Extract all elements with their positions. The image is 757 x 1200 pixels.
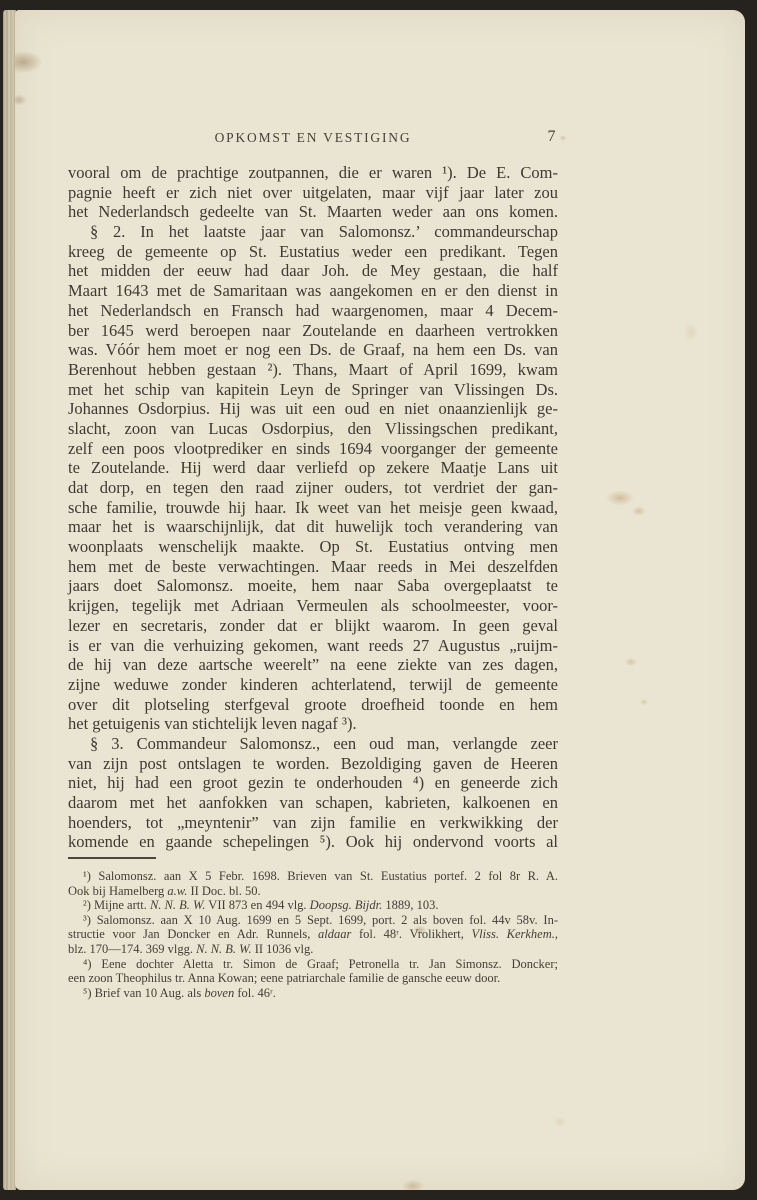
text-line: pagnie heeft er zich niet over uitgelate… bbox=[68, 183, 558, 203]
footnote-segment: II Doc. bl. 50. bbox=[187, 884, 260, 898]
text-line: lezer en secretaris, zonder dat er blijk… bbox=[68, 616, 558, 636]
text-line: komende en gaande schepelingen ⁵). Ook h… bbox=[68, 832, 558, 852]
footnote-segment: II 1036 vlg. bbox=[252, 942, 314, 956]
footnote-italic-segment: Doopsg. Bijdr. bbox=[310, 898, 383, 912]
text-line: het midden der eeuw had daar Joh. de Mey… bbox=[68, 261, 558, 281]
footnote-line: blz. 170—174. 369 vlgg. N. N. B. W. II 1… bbox=[68, 942, 558, 957]
footnote-segment: een zoon Theophilus tr. Anna Kowan; eene… bbox=[68, 971, 500, 985]
footnote-italic-segment: N. N. B. W. bbox=[196, 942, 251, 956]
text-line: Johannes Osdorpius. Hij was uit een oud … bbox=[68, 399, 558, 419]
running-title: OPKOMST EN VESTIGING bbox=[68, 130, 558, 146]
text-line: jaars doet Salomonsz. moeite, hem naar S… bbox=[68, 576, 558, 596]
footnote-segment: VII 873 en 494 vlg. bbox=[205, 898, 309, 912]
footnote-segment: ¹) Salomonsz. aan X 5 Febr. 1698. Brieve… bbox=[83, 869, 558, 883]
footnote-segment: ³) Salomonsz. aan X 10 Aug. 1699 en 5 Se… bbox=[83, 913, 558, 927]
page-number: 7 bbox=[548, 128, 557, 146]
footnote-line: structie voor Jan Doncker en Adr. Runnel… bbox=[68, 927, 558, 942]
footnote-segment: Ook bij Hamelberg bbox=[68, 884, 167, 898]
text-line: § 2. In het laatste jaar van Salomonsz.’… bbox=[68, 222, 558, 242]
footnote-line: ⁴) Eene dochter Aletta tr. Simon de Graa… bbox=[68, 957, 558, 972]
footnote-line: ³) Salomonsz. aan X 10 Aug. 1699 en 5 Se… bbox=[68, 913, 558, 928]
text-line: maar het is waarschijnlijk, dat dit huwe… bbox=[68, 517, 558, 537]
footnote-line: Ook bij Hamelberg a.w. II Doc. bl. 50. bbox=[68, 884, 558, 899]
paper-sheet: OPKOMST EN VESTIGING 7 vooral om de prac… bbox=[15, 10, 745, 1190]
text-line: over dit plotseling sterfgeval groote dr… bbox=[68, 695, 558, 715]
text-line: de hij van deze aartsche weerelt” na een… bbox=[68, 655, 558, 675]
footnote-line: een zoon Theophilus tr. Anna Kowan; eene… bbox=[68, 971, 558, 986]
text-line: zijne weduwe zonder kinderen achterlaten… bbox=[68, 675, 558, 695]
text-line: Berenhout hebben gestaan ²). Thans, Maar… bbox=[68, 360, 558, 380]
footnote-italic-segment: Vliss. Kerkhem., bbox=[472, 927, 558, 941]
text-line: van zijn post ontslagen te worden. Bezol… bbox=[68, 754, 558, 774]
body-text: vooral om de prachtige zoutpannen, die e… bbox=[68, 163, 558, 852]
text-line: hem met de beste verwachtingen. Maar ree… bbox=[68, 557, 558, 577]
text-line: zelf een poos vlootprediker en sinds 169… bbox=[68, 439, 558, 459]
text-line: ber 1645 werd beroepen naar Zoutelande e… bbox=[68, 321, 558, 341]
text-line: niet, hij had een groot gezin te onderho… bbox=[68, 773, 558, 793]
text-line: § 3. Commandeur Salomonsz., een oud man,… bbox=[68, 734, 558, 754]
text-line: hoenders, tot „meyntenir” van zijn famil… bbox=[68, 813, 558, 833]
footnote-separator-rule bbox=[68, 857, 156, 859]
text-line: krijgen, tegelijk met Adriaan Vermeulen … bbox=[68, 596, 558, 616]
text-line: slacht, zoon van Lucas Osdorpius, den Vl… bbox=[68, 419, 558, 439]
footnote-segment: fol. 46ʳ. bbox=[234, 986, 276, 1000]
text-line: woonplaats wenschelijk maakte. Op St. Eu… bbox=[68, 537, 558, 557]
text-line: het Nederlandsch en Fransch had waargeno… bbox=[68, 301, 558, 321]
text-line: is er van die verhuizing gekomen, want r… bbox=[68, 636, 558, 656]
footnote-italic-segment: a.w. bbox=[167, 884, 187, 898]
footnote-italic-segment: boven bbox=[204, 986, 234, 1000]
footnote-segment: blz. 170—174. 369 vlgg. bbox=[68, 942, 196, 956]
text-line: was. Vóór hem moet er nog een Ds. de Gra… bbox=[68, 340, 558, 360]
footnote-italic-segment: N. N. B. W. bbox=[150, 898, 205, 912]
footnote-italic-segment: aldaar bbox=[318, 927, 351, 941]
footnote-segment: structie voor Jan Doncker en Adr. Runnel… bbox=[68, 927, 318, 941]
footnote-segment: ⁴) Eene dochter Aletta tr. Simon de Graa… bbox=[83, 957, 558, 971]
text-line: Maart 1643 met de Samaritaan was aangeko… bbox=[68, 281, 558, 301]
text-line: kreeg de gemeente op St. Eustatius weder… bbox=[68, 242, 558, 262]
text-line: dat dorp, en tegen den raad zijner ouder… bbox=[68, 478, 558, 498]
text-line: sche familie, trouwde hij haar. Ik weet … bbox=[68, 498, 558, 518]
text-line: te Zoutelande. Hij werd daar verliefd op… bbox=[68, 458, 558, 478]
footnote-segment: fol. 48ʳ. Vrolikhert, bbox=[351, 927, 471, 941]
text-line: daarom met het aanfokken van schapen, ka… bbox=[68, 793, 558, 813]
text-line: het getuigenis van stichtelijk leven nag… bbox=[68, 714, 558, 734]
text-line: met het schip van kapitein Leyn de Sprin… bbox=[68, 380, 558, 400]
text-line: het Nederlandsch gedeelte van St. Maarte… bbox=[68, 202, 558, 222]
footnote-line: ⁵) Brief van 10 Aug. als boven fol. 46ʳ. bbox=[68, 986, 558, 1001]
page-header: OPKOMST EN VESTIGING 7 bbox=[68, 130, 558, 150]
footnote-line: ²) Mijne artt. N. N. B. W. VII 873 en 49… bbox=[68, 898, 558, 913]
footnote-segment: 1889, 103. bbox=[382, 898, 438, 912]
scanned-page: OPKOMST EN VESTIGING 7 vooral om de prac… bbox=[0, 0, 757, 1200]
footnote-segment: ⁵) Brief van 10 Aug. als bbox=[83, 986, 204, 1000]
footnote-line: ¹) Salomonsz. aan X 5 Febr. 1698. Brieve… bbox=[68, 869, 558, 884]
footnotes: ¹) Salomonsz. aan X 5 Febr. 1698. Brieve… bbox=[68, 869, 558, 1000]
text-line: vooral om de prachtige zoutpannen, die e… bbox=[68, 163, 558, 183]
footnote-segment: ²) Mijne artt. bbox=[83, 898, 150, 912]
